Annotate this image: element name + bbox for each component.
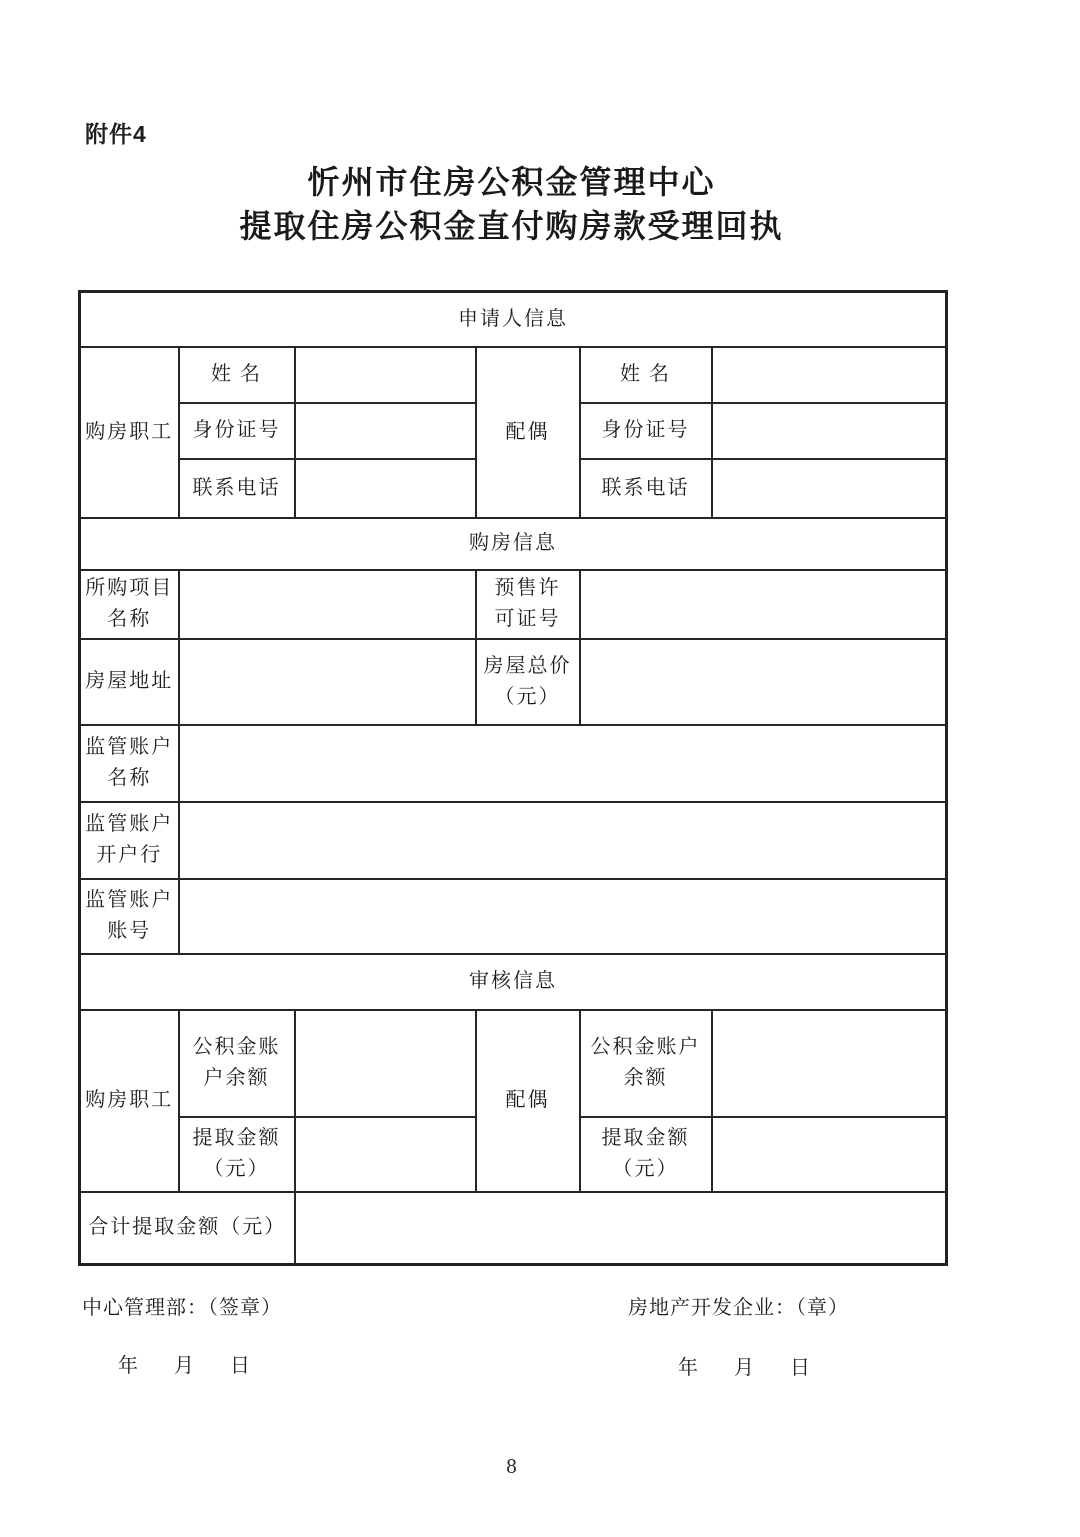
employee-withdraw-value xyxy=(295,1117,476,1192)
spouse-balance-value xyxy=(712,1010,947,1117)
spouse-phone-label: 联系电话 xyxy=(580,459,712,518)
audit-section-header: 审核信息 xyxy=(80,954,947,1010)
employee-balance-value xyxy=(295,1010,476,1117)
supervision-account-bank-value xyxy=(179,802,947,879)
supervision-account-number-value xyxy=(179,879,947,954)
supervision-account-name-label: 监管账户 名称 xyxy=(80,725,179,802)
form-table: 申请人信息 购房职工 姓 名 配偶 姓 名 身份证号 身份证号 联系电话 联系电… xyxy=(78,290,948,1266)
spouse-withdraw-label: 提取金额 （元） xyxy=(580,1117,712,1192)
spouse-id-value xyxy=(712,403,947,459)
employee-id-label: 身份证号 xyxy=(179,403,295,459)
right-date-line: 年 月 日 xyxy=(678,1351,818,1380)
document-title-line2: 提取住房公积金直付购房款受理回执 xyxy=(78,204,945,248)
house-total-price-value xyxy=(580,639,947,725)
total-withdraw-label: 合计提取金额（元） xyxy=(80,1192,295,1265)
project-name-value xyxy=(179,570,476,639)
employee-balance-label: 公积金账 户余额 xyxy=(179,1010,295,1117)
developer-signature-label: 房地产开发企业：（章） xyxy=(628,1291,849,1320)
supervision-account-name-value xyxy=(179,725,947,802)
spouse-group-label: 配偶 xyxy=(476,347,580,518)
employee-name-label: 姓 名 xyxy=(179,347,295,403)
document-title: 忻州市住房公积金管理中心 提取住房公积金直付购房款受理回执 xyxy=(78,160,945,248)
house-address-value xyxy=(179,639,476,725)
center-department-signature-label: 中心管理部：（签章） xyxy=(82,1291,282,1320)
page-number: 8 xyxy=(78,1454,945,1479)
spouse-name-value xyxy=(712,347,947,403)
audit-spouse-group-label: 配偶 xyxy=(476,1010,580,1192)
attachment-label: 附件4 xyxy=(85,116,147,149)
employee-phone-label: 联系电话 xyxy=(179,459,295,518)
document-title-line1: 忻州市住房公积金管理中心 xyxy=(78,160,945,204)
presale-permit-value xyxy=(580,570,947,639)
employee-group-label: 购房职工 xyxy=(80,347,179,518)
spouse-name-label: 姓 名 xyxy=(580,347,712,403)
audit-employee-group-label: 购房职工 xyxy=(80,1010,179,1192)
employee-withdraw-label: 提取金额 （元） xyxy=(179,1117,295,1192)
supervision-account-number-label: 监管账户 账号 xyxy=(80,879,179,954)
house-total-price-label: 房屋总价 （元） xyxy=(476,639,580,725)
house-address-label: 房屋地址 xyxy=(80,639,179,725)
spouse-withdraw-value xyxy=(712,1117,947,1192)
employee-name-value xyxy=(295,347,476,403)
applicant-section-header: 申请人信息 xyxy=(80,292,947,347)
document-page: 附件4 忻州市住房公积金管理中心 提取住房公积金直付购房款受理回执 申请人信息 … xyxy=(0,0,1080,1537)
total-withdraw-value xyxy=(295,1192,947,1265)
spouse-phone-value xyxy=(712,459,947,518)
purchase-section-header: 购房信息 xyxy=(80,518,947,570)
project-name-label: 所购项目 名称 xyxy=(80,570,179,639)
employee-phone-value xyxy=(295,459,476,518)
spouse-id-label: 身份证号 xyxy=(580,403,712,459)
spouse-balance-label: 公积金账户 余额 xyxy=(580,1010,712,1117)
left-date-line: 年 月 日 xyxy=(118,1349,258,1378)
employee-id-value xyxy=(295,403,476,459)
supervision-account-bank-label: 监管账户 开户行 xyxy=(80,802,179,879)
presale-permit-label: 预售许 可证号 xyxy=(476,570,580,639)
